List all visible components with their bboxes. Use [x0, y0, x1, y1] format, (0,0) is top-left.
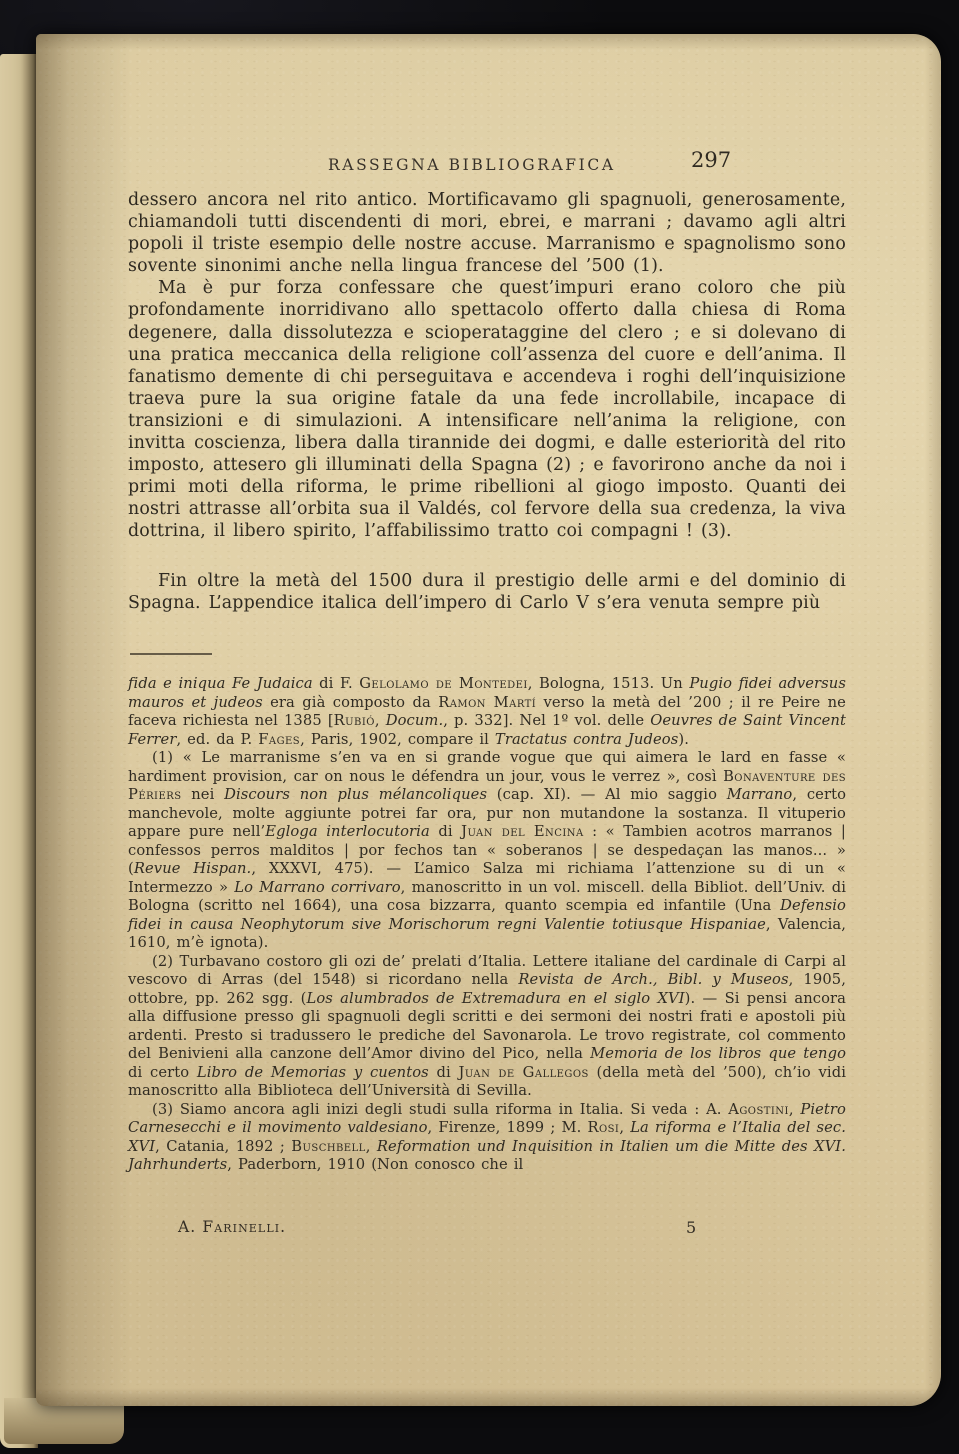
book-page: RASSEGNA BIBLIOGRAFICA 297 dessero ancor… — [36, 34, 941, 1406]
footnote-separator-rule — [130, 653, 212, 655]
stacked-page-edges — [0, 54, 38, 1448]
page-footer: A. Farinelli. 5 — [128, 1218, 846, 1244]
body-paragraph-continuation: dessero ancora nel rito antico. Mortific… — [128, 189, 846, 277]
running-title: RASSEGNA BIBLIOGRAFICA — [328, 156, 616, 174]
page-number: 297 — [691, 148, 731, 172]
footnote-1: (1) « Le marranisme s’en va en si grande… — [128, 749, 846, 953]
footnotes: fida e iniqua Fe Judaica di F. Gelolamo … — [128, 675, 846, 1175]
sheet-number: 5 — [686, 1218, 696, 1237]
footnote-continuation: fida e iniqua Fe Judaica di F. Gelolamo … — [128, 675, 846, 749]
body-text: dessero ancora nel rito antico. Mortific… — [128, 189, 846, 614]
text-column: RASSEGNA BIBLIOGRAFICA 297 dessero ancor… — [128, 34, 846, 1406]
author-signature: A. Farinelli. — [178, 1218, 286, 1236]
body-paragraph: Ma è pur forza confessare che quest’impu… — [128, 277, 846, 542]
footnote-2: (2) Turbavano costoro gli ozi de’ prelat… — [128, 953, 846, 1101]
running-head: RASSEGNA BIBLIOGRAFICA 297 — [128, 152, 846, 182]
footnote-3: (3) Siamo ancora agli inizi degli studi … — [128, 1101, 846, 1175]
book-scan-background: RASSEGNA BIBLIOGRAFICA 297 dessero ancor… — [0, 0, 959, 1454]
body-paragraph: Fin oltre la metà del 1500 dura il prest… — [128, 570, 846, 614]
